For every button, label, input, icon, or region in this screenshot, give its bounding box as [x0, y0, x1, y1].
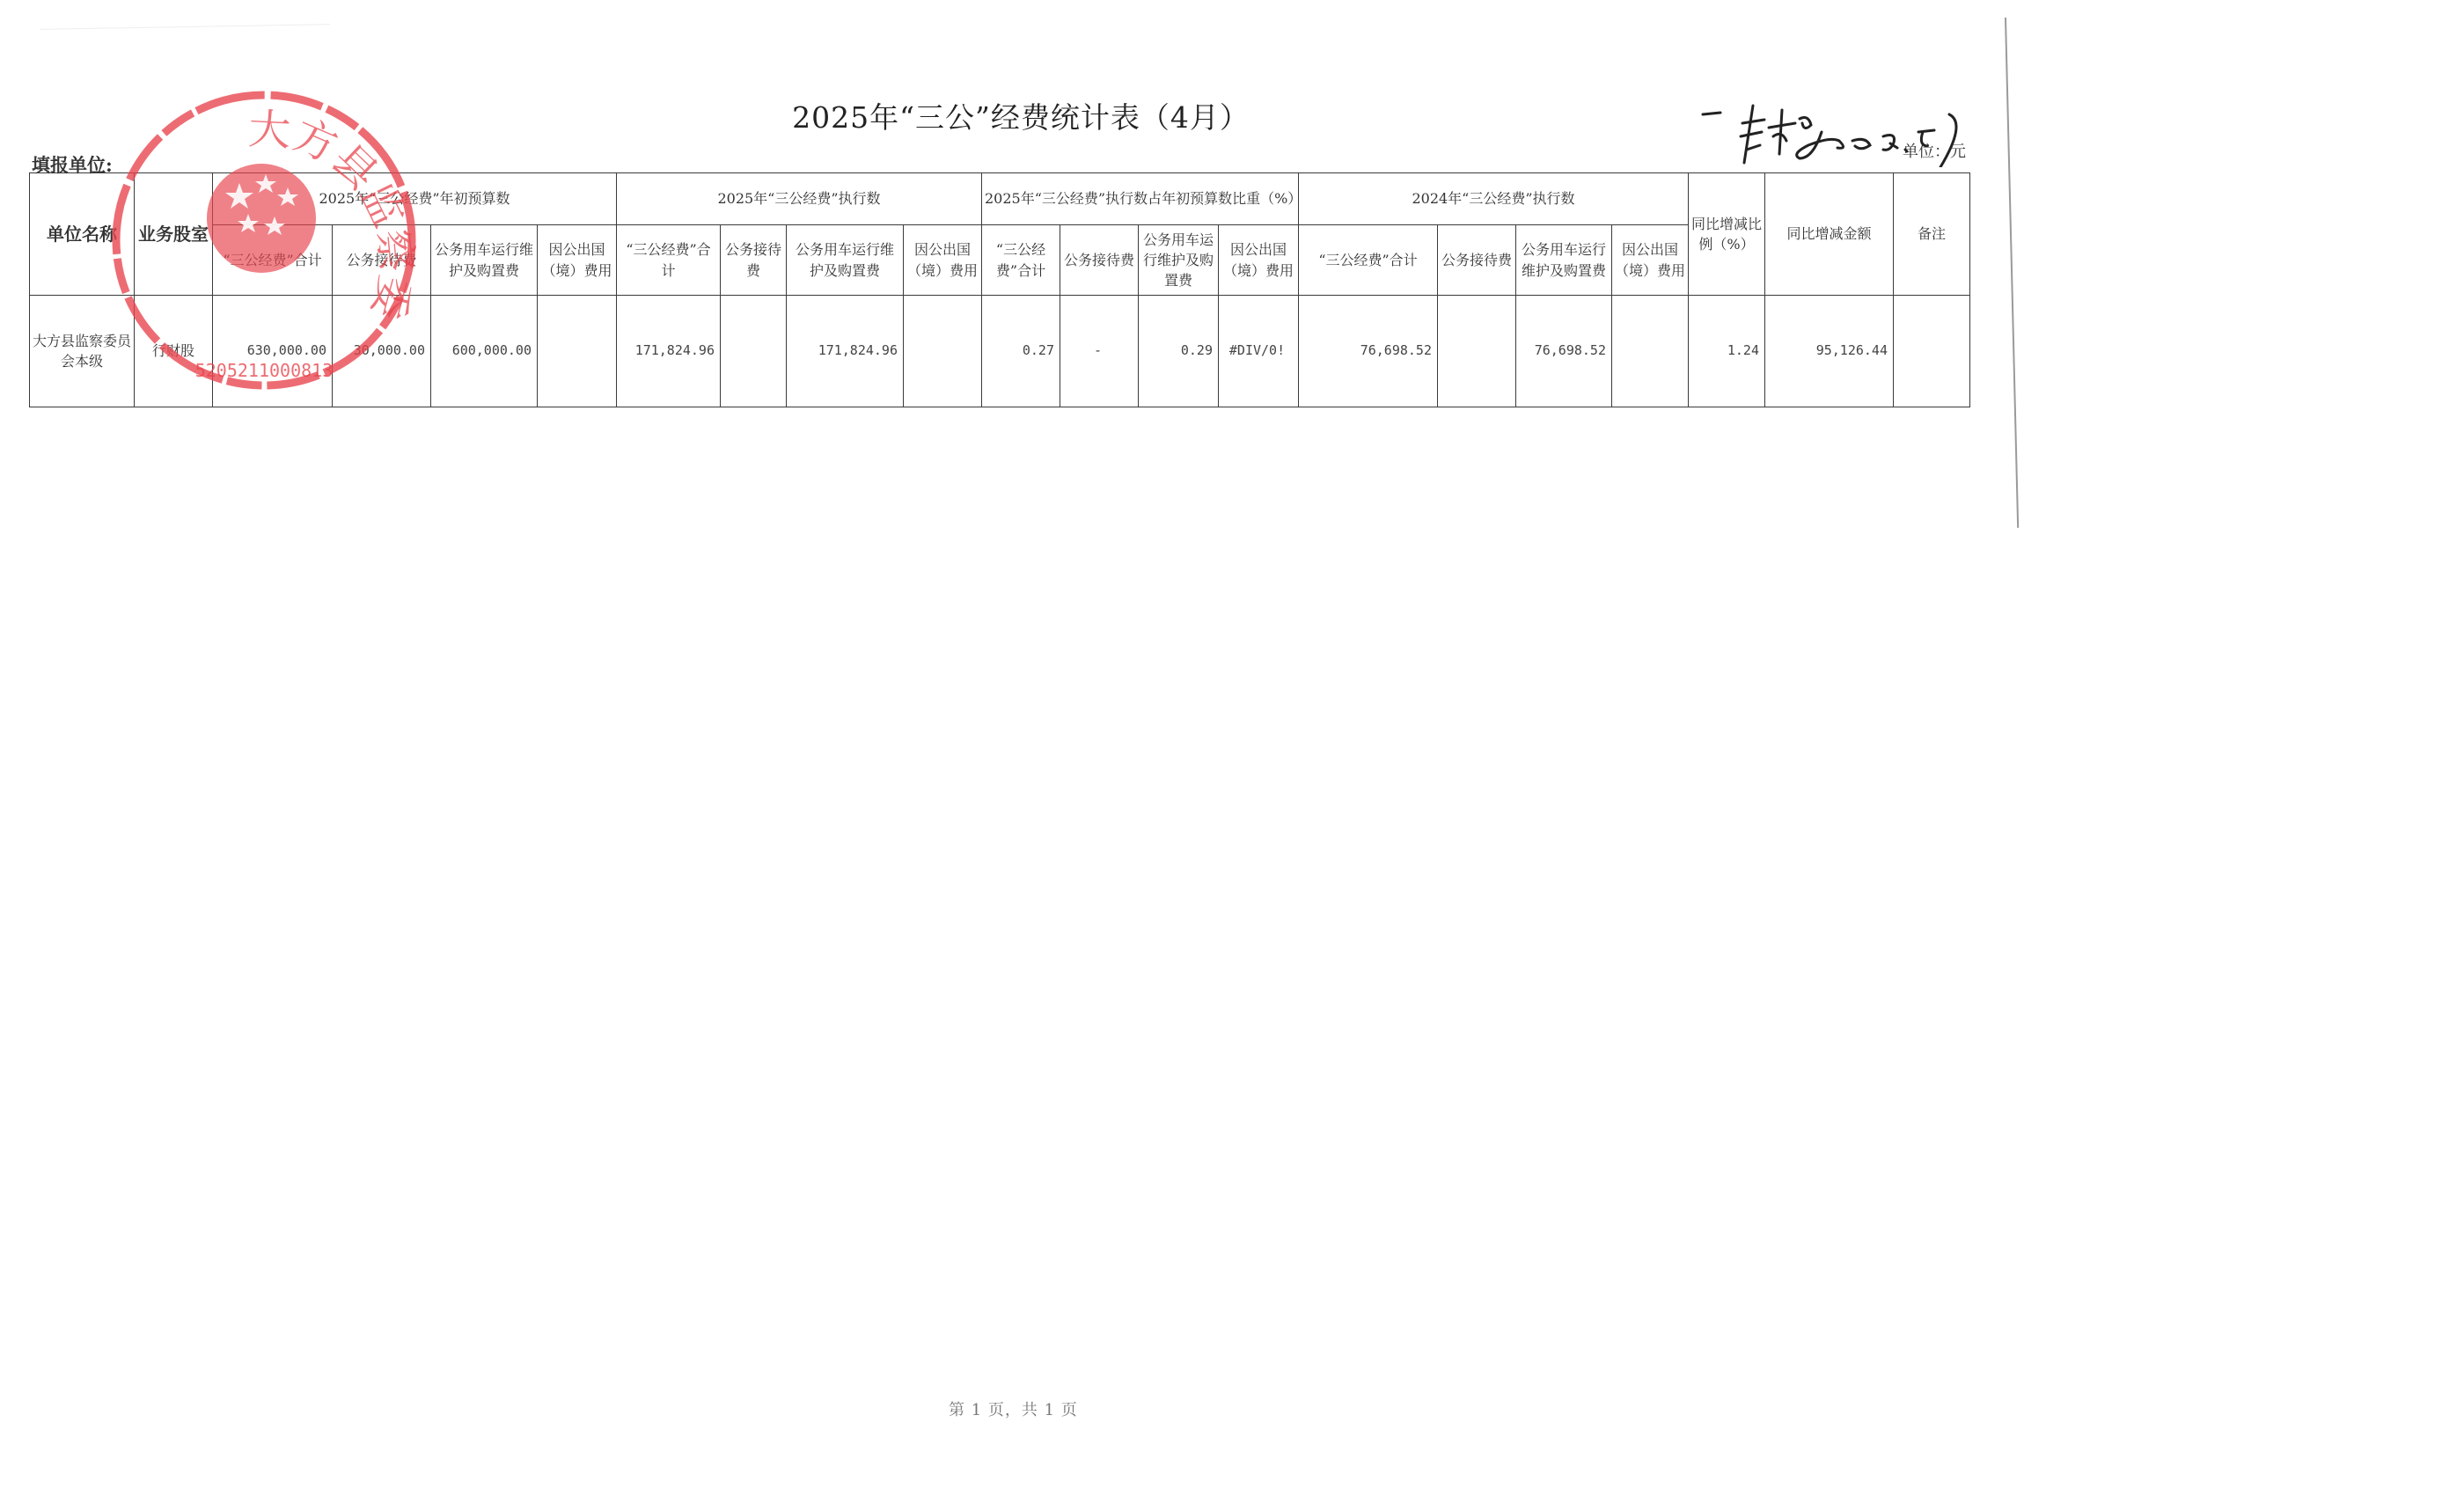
header-group-budget-2025-col-4: 因公出国（境）费用: [537, 224, 617, 296]
header-group-executed-2024: 2024年“三公经费”执行数: [1298, 172, 1689, 225]
cell-yoy-ratio: 1.24: [1688, 295, 1765, 407]
cell-executed-2024-4: [1611, 295, 1689, 407]
header-group-ratio-col-2: 公务接待费: [1060, 224, 1139, 296]
header-group-executed-2025: 2025年“三公经费”执行数: [616, 172, 982, 225]
cell-budget-3: 600,000.00: [430, 295, 538, 407]
cell-unit-name: 大方县监察委员会本级: [29, 295, 135, 407]
header-group-budget-2025-col-2: 公务接待费: [332, 224, 431, 296]
header-group-ratio-col-1: “三公经费”合计: [981, 224, 1060, 296]
cell-executed-2025-3: 171,824.96: [786, 295, 904, 407]
header-remarks: 备注: [1893, 172, 1970, 296]
header-group-executed-2024-col-3: 公务用车运行维护及购置费: [1515, 224, 1612, 296]
header-group-executed-2024-col-2: 公务接待费: [1437, 224, 1516, 296]
header-group-executed-2025-col-2: 公务接待费: [720, 224, 787, 296]
cell-budget-2: 30,000.00: [332, 295, 431, 407]
header-group-budget-2025-col-1: “三公经费”合计: [212, 224, 333, 296]
header-group-ratio-col-3: 公务用车运行维护及购置费: [1138, 224, 1219, 296]
cell-ratio-3: 0.29: [1138, 295, 1219, 407]
scan-artifact-line: [40, 24, 330, 30]
header-group-executed-2025-col-3: 公务用车运行维护及购置费: [786, 224, 904, 296]
page-footer: 第 1 页，共 1 页: [949, 1397, 1078, 1420]
header-group-executed-2024-col-4: 因公出国（境）费用: [1611, 224, 1689, 296]
header-group-ratio: 2025年“三公经费”执行数占年初预算数比重（%）: [981, 172, 1299, 225]
header-department: 业务股室: [134, 172, 213, 296]
currency-unit-label: 单位：元: [1903, 139, 1966, 162]
header-group-executed-2025-col-4: 因公出国（境）费用: [903, 224, 982, 296]
cell-budget-1: 630,000.00: [212, 295, 333, 407]
scan-edge-line: [2005, 18, 2019, 528]
cell-executed-2024-3: 76,698.52: [1515, 295, 1612, 407]
header-group-budget-2025-col-3: 公务用车运行维护及购置费: [430, 224, 538, 296]
header-unit-name: 单位名称: [29, 172, 135, 296]
cell-ratio-4: #DIV/0!: [1218, 295, 1299, 407]
cell-budget-4: [537, 295, 617, 407]
cell-remarks: [1893, 295, 1970, 407]
cell-ratio-1: 0.27: [981, 295, 1060, 407]
header-group-ratio-col-4: 因公出国（境）费用: [1218, 224, 1299, 296]
cell-executed-2025-2: [720, 295, 787, 407]
cell-department: 行财股: [134, 295, 213, 407]
header-group-executed-2024-col-1: “三公经费”合计: [1298, 224, 1438, 296]
cell-executed-2024-1: 76,698.52: [1298, 295, 1438, 407]
header-yoy-amount: 同比增减金额: [1764, 172, 1894, 296]
header-yoy-ratio: 同比增减比例（%）: [1688, 172, 1765, 296]
cell-yoy-amount: 95,126.44: [1764, 295, 1894, 407]
cell-executed-2024-2: [1437, 295, 1516, 407]
header-group-budget-2025: 2025年“三公经费”年初预算数: [212, 172, 617, 225]
cell-executed-2025-1: 171,824.96: [616, 295, 721, 407]
cell-executed-2025-4: [903, 295, 982, 407]
cell-ratio-2: -: [1060, 295, 1139, 407]
header-group-executed-2025-col-1: “三公经费”合计: [616, 224, 721, 296]
page-title: 2025年“三公”经费统计表（4月）: [774, 95, 1267, 136]
